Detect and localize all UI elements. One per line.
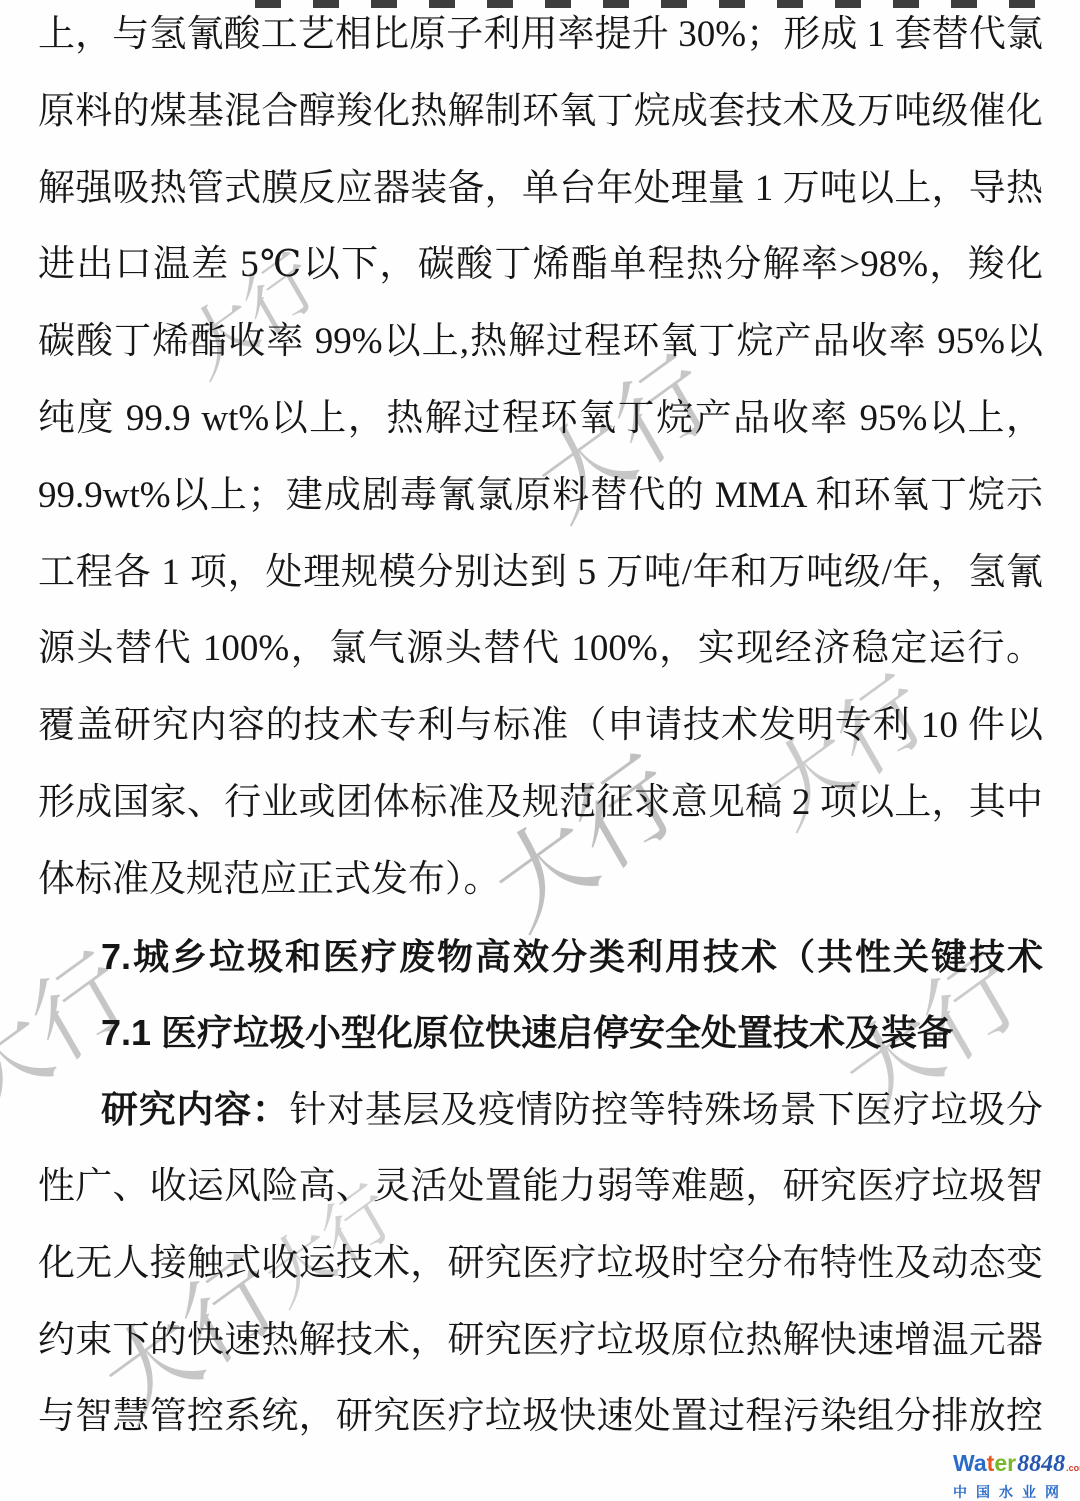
paragraph-line: 覆盖研究内容的技术专利与标准（申请技术发明专利 10 件以上， — [38, 688, 1043, 765]
logo-letters-wa: Wa — [953, 1451, 987, 1475]
paragraph-line: 性广、收运风险高、灵活处置能力弱等难题，研究医疗垃圾智能 — [38, 1149, 1043, 1226]
paragraph-line: 研究内容：针对基层及疫情防控等特殊场景下医疗垃圾分散 — [38, 1072, 1043, 1149]
paragraph-line: 体标准及规范应正式发布）。 — [38, 842, 1043, 919]
paragraph-line: 化无人接触式收运技术，研究医疗垃圾时空分布特性及动态变化 — [38, 1226, 1043, 1303]
paragraph-line: 99.9wt%以上；建成剧毒氰氯原料替代的 MMA 和环氧丁烷示范 — [38, 458, 1043, 535]
paragraph-line: 解强吸热管式膜反应器装备，单台年处理量 1 万吨以上，导热油 — [38, 151, 1043, 228]
paragraph-line: 原料的煤基混合醇羧化热解制环氧丁烷成套技术及万吨级催化热 — [38, 74, 1043, 151]
paragraph-line: 约束下的快速热解技术，研究医疗垃圾原位热解快速增温元器件 — [38, 1303, 1043, 1380]
section-heading: 7.城乡垃圾和医疗废物高效分类利用技术（共性关键技术类） — [38, 919, 1043, 996]
logo-tld: .com — [1066, 1456, 1080, 1480]
paragraph-line: 碳酸丁烯酯收率 99%以上,热解过程环氧丁烷产品收率 95%以上, — [38, 304, 1043, 381]
paragraph-line: 工程各 1 项，处理规模分别达到 5 万吨/年和万吨级/年，氢氰酸 — [38, 535, 1043, 612]
water8848-logo: Water8848.com 中国水业网 — [953, 1451, 1077, 1501]
document-page: 大行 大行 大行 大行 大行 大行 大行 大行 上，与氢氰酸工艺相比原子利用率提… — [0, 0, 1080, 1501]
logo-letters-er: er — [994, 1451, 1016, 1475]
research-content-label: 研究内容： — [101, 1089, 290, 1130]
subsection-heading: 7.1 医疗垃圾小型化原位快速启停安全处置技术及装备 — [38, 995, 1043, 1072]
paragraph-line: 与智慧管控系统，研究医疗垃圾快速处置过程污染组分排放控制 — [38, 1379, 1043, 1456]
document-body: 上，与氢氰酸工艺相比原子利用率提升 30%；形成 1 套替代氯气 原料的煤基混合… — [38, 0, 1043, 1456]
logo-subtitle: 中国水业网 — [953, 1482, 1077, 1501]
paragraph-line: 进出口温差 5℃以下，碳酸丁烯酯单程热分解率>98%，羧化过程 — [38, 227, 1043, 304]
logo-letter-t: t — [987, 1451, 995, 1475]
paragraph-line: 形成国家、行业或团体标准及规范征求意见稿 2 项以上，其中团 — [38, 765, 1043, 842]
logo-wordmark: Water8848.com — [953, 1451, 1077, 1480]
paragraph-line: 源头替代 100%，氯气源头替代 100%，实现经济稳定运行。形成 — [38, 611, 1043, 688]
paragraph-line: 纯度 99.9 wt%以上，热解过程环氧丁烷产品收率 95%以上，纯度 — [38, 381, 1043, 458]
paragraph-line: 上，与氢氰酸工艺相比原子利用率提升 30%；形成 1 套替代氯气 — [38, 0, 1043, 74]
logo-number: 8848 — [1017, 1452, 1065, 1476]
